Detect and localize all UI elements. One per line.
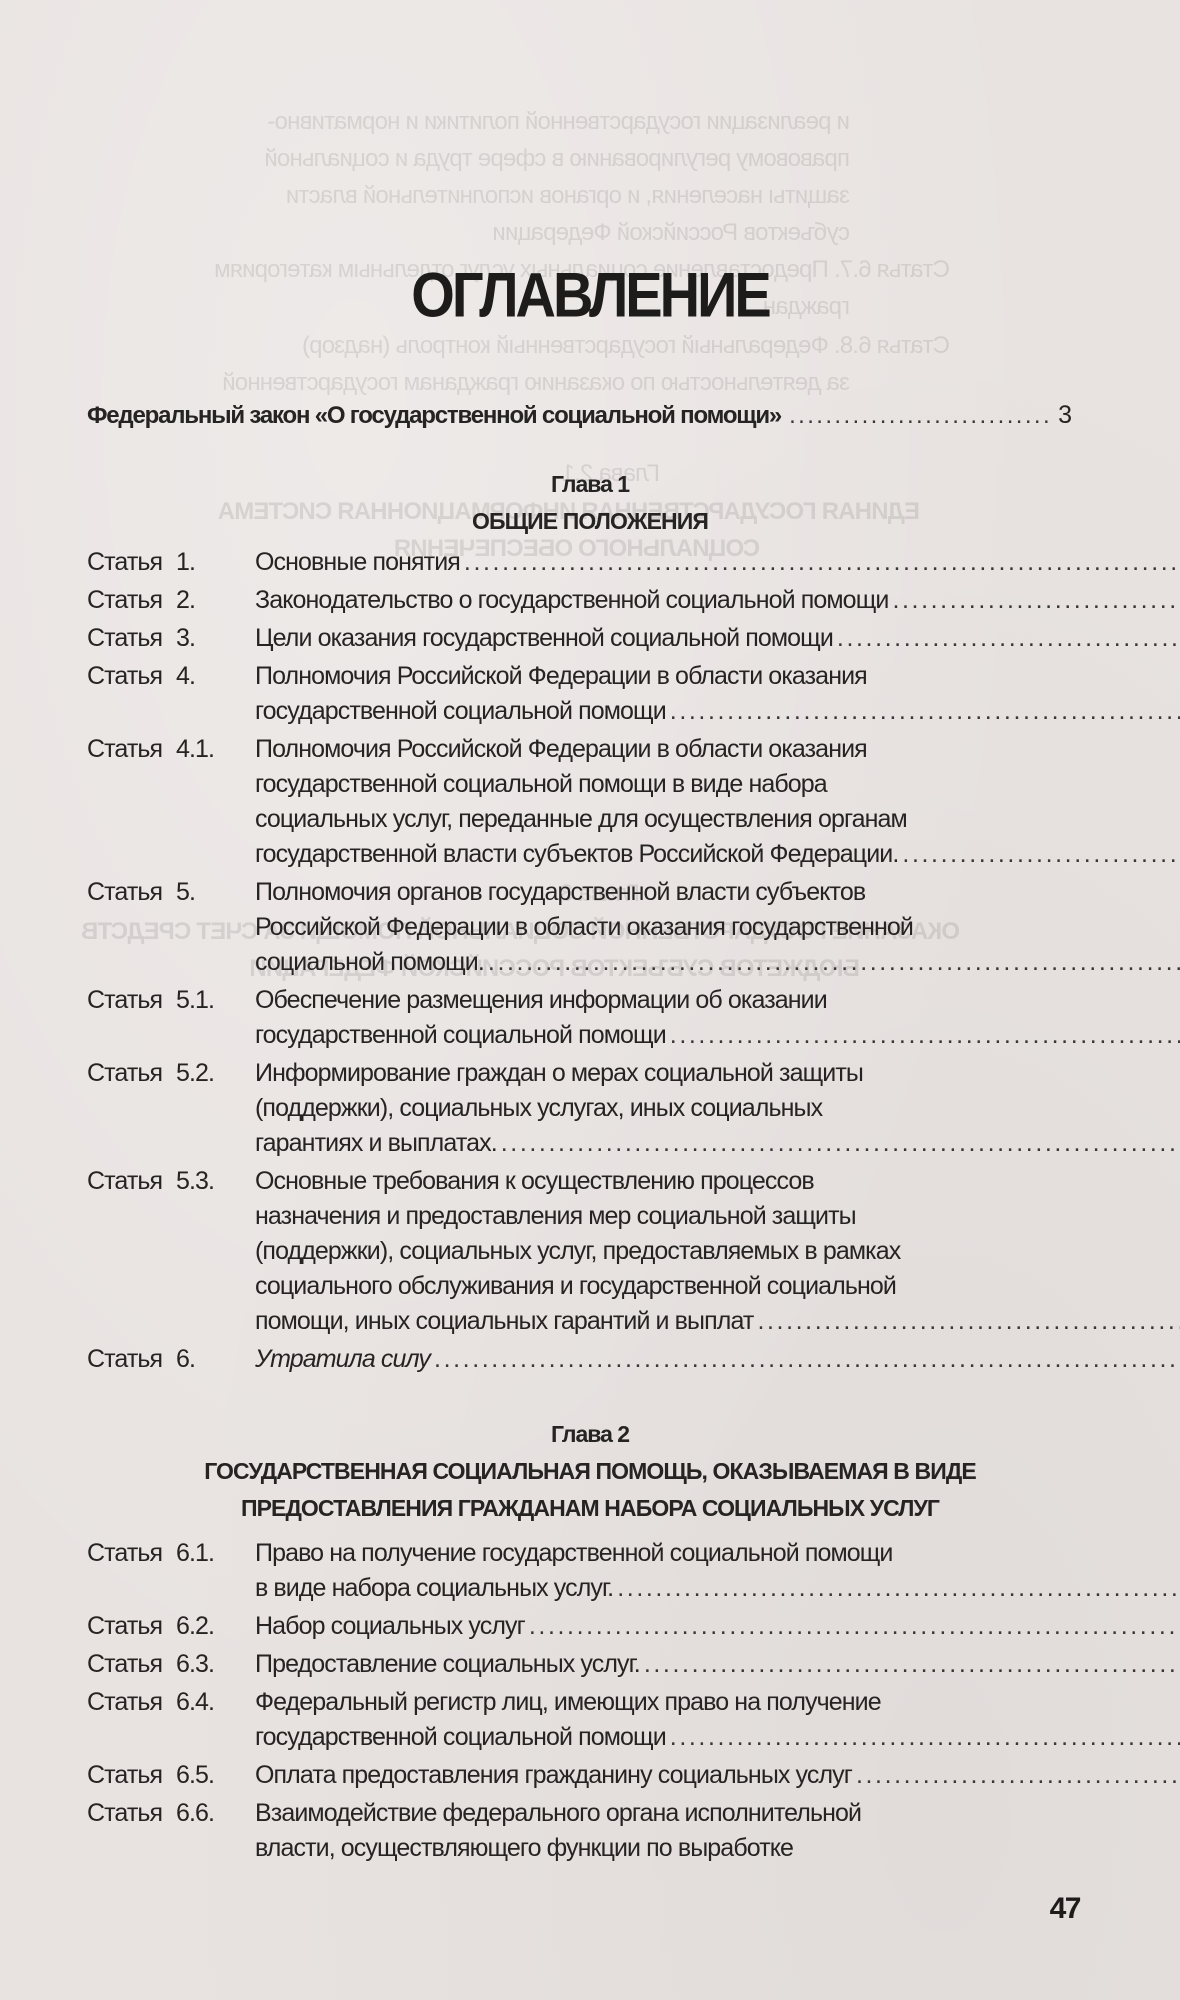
article-title-text: государственной социальной помощи bbox=[255, 1018, 666, 1053]
chapter-2-entries: Статья6.1.Право на получение государстве… bbox=[87, 1536, 1072, 1866]
article-label: Статья bbox=[87, 1342, 176, 1377]
article-title: Законодательство о государственной социа… bbox=[255, 583, 1180, 618]
toc-entry[interactable]: Статья6.3.Предоставление социальных услу… bbox=[87, 1647, 1072, 1682]
article-title-text: (поддержки), социальных услуг, предостав… bbox=[255, 1234, 900, 1269]
article-title-text: Набор социальных услуг bbox=[255, 1609, 525, 1644]
toc-entry[interactable]: Статья2.Законодательство о государственн… bbox=[87, 583, 1072, 618]
chapter-heading-line-1: ГОСУДАРСТВЕННАЯ СОЦИАЛЬНАЯ ПОМОЩЬ, ОКАЗЫ… bbox=[0, 1453, 1180, 1490]
article-title-text: Российской Федерации в области оказания … bbox=[255, 910, 913, 945]
article-title-text: государственной социальной помощи bbox=[255, 1720, 666, 1755]
dot-leader: ........................................… bbox=[670, 1720, 1180, 1755]
toc-entry[interactable]: Статья4.1.Полномочия Российской Федераци… bbox=[87, 732, 1072, 872]
article-title-line: государственной социальной помощи.......… bbox=[255, 1018, 1180, 1053]
toc-entry[interactable]: Статья5.Полномочия органов государственн… bbox=[87, 875, 1072, 980]
article-label: Статья bbox=[87, 545, 176, 580]
article-title-line: Федеральный регистр лиц, имеющих право н… bbox=[255, 1685, 1180, 1720]
article-title-line: Оплата предоставления гражданину социаль… bbox=[255, 1758, 1180, 1793]
article-title-line: Основные требования к осуществлению проц… bbox=[255, 1164, 1180, 1199]
article-title: Полномочия Российской Федерации в област… bbox=[255, 659, 1180, 729]
article-title-text: Полномочия органов государственной власт… bbox=[255, 875, 865, 910]
article-label: Статья bbox=[87, 1056, 176, 1161]
article-title: Федеральный регистр лиц, имеющих право н… bbox=[255, 1685, 1180, 1755]
article-title-text: Цели оказания государственной социальной… bbox=[255, 621, 833, 656]
article-title-line: Основные понятия........................… bbox=[255, 545, 1180, 580]
article-title-line: власти, осуществляющего функции по выраб… bbox=[255, 1831, 1072, 1866]
article-title-text: социальной помощи. bbox=[255, 945, 484, 980]
article-label: Статья bbox=[87, 1685, 176, 1755]
chapter-1-entries: Статья1.Основные понятия................… bbox=[87, 545, 1072, 1377]
toc-entry[interactable]: Статья6.5.Оплата предоставления граждани… bbox=[87, 1758, 1072, 1793]
article-title-line: (поддержки), социальных услуг, предостав… bbox=[255, 1234, 1180, 1269]
article-title-text: Утратила силу bbox=[255, 1342, 430, 1377]
dot-leader: ........................................… bbox=[644, 1647, 1180, 1682]
article-title-line: Обеспечение размещения информации об ока… bbox=[255, 983, 1180, 1018]
article-title-line: государственной власти субъектов Российс… bbox=[255, 837, 1180, 872]
article-title-text: в виде набора социальных услуг. bbox=[255, 1571, 613, 1606]
toc-entry[interactable]: Статья6.4.Федеральный регистр лиц, имеющ… bbox=[87, 1685, 1072, 1755]
article-label: Статья bbox=[87, 1796, 176, 1866]
article-label: Статья bbox=[87, 1536, 176, 1606]
article-title-text: гарантиях и выплатах. bbox=[255, 1126, 497, 1161]
article-number: 6.3. bbox=[176, 1647, 255, 1682]
dot-leader: ........................................… bbox=[670, 1018, 1180, 1053]
article-number: 6.4. bbox=[176, 1685, 255, 1755]
article-title: Взаимодействие федерального органа испол… bbox=[255, 1796, 1072, 1866]
dot-leader: ........................................… bbox=[464, 545, 1180, 580]
page-title: ОГЛАВЛЕНИЕ bbox=[0, 258, 1180, 331]
article-title-line: назначения и предоставления мер социальн… bbox=[255, 1199, 1180, 1234]
law-title: Федеральный закон «О государственной соц… bbox=[87, 398, 781, 433]
chapter-label: Глава 1 bbox=[0, 466, 1180, 503]
article-title-line: Полномочия Российской Федерации в област… bbox=[255, 659, 1180, 694]
article-title-line: Полномочия Российской Федерации в област… bbox=[255, 732, 1180, 767]
dot-leader: ........................................… bbox=[434, 1342, 1180, 1377]
dot-leader: ........................................… bbox=[856, 1758, 1180, 1793]
article-number: 4. bbox=[176, 659, 255, 729]
article-number: 6.2. bbox=[176, 1609, 255, 1644]
chapter-heading: ОБЩИЕ ПОЛОЖЕНИЯ bbox=[0, 503, 1180, 540]
article-title-text: Федеральный регистр лиц, имеющих право н… bbox=[255, 1685, 881, 1720]
article-label: Статья bbox=[87, 659, 176, 729]
article-title: Информирование граждан о мерах социально… bbox=[255, 1056, 1180, 1161]
article-number: 1. bbox=[176, 545, 255, 580]
article-label: Статья bbox=[87, 583, 176, 618]
page-folio: 47 bbox=[1040, 1892, 1080, 1926]
article-title-line: Законодательство о государственной социа… bbox=[255, 583, 1180, 618]
article-title-line: государственной социальной помощи в виде… bbox=[255, 767, 1180, 802]
article-title-text: Взаимодействие федерального органа испол… bbox=[255, 1796, 861, 1831]
article-label: Статья bbox=[87, 732, 176, 872]
article-number: 2. bbox=[176, 583, 255, 618]
article-title-text: социального обслуживания и государственн… bbox=[255, 1269, 896, 1304]
article-title-text: Основные требования к осуществлению проц… bbox=[255, 1164, 814, 1199]
article-title-line: Предоставление социальных услуг.........… bbox=[255, 1647, 1180, 1682]
article-number: 5.1. bbox=[176, 983, 255, 1053]
article-title-line: помощи, иных социальных гарантий и выпла… bbox=[255, 1304, 1180, 1339]
article-title-text: власти, осуществляющего функции по выраб… bbox=[255, 1831, 793, 1866]
article-title-text: Информирование граждан о мерах социально… bbox=[255, 1056, 863, 1091]
toc-entry[interactable]: Статья6.2.Набор социальных услуг........… bbox=[87, 1609, 1072, 1644]
dot-leader: ........................................… bbox=[670, 694, 1180, 729]
article-number: 6.5. bbox=[176, 1758, 255, 1793]
toc-entry[interactable]: Статья6.1.Право на получение государстве… bbox=[87, 1536, 1072, 1606]
article-label: Статья bbox=[87, 983, 176, 1053]
dot-leader: ........................................… bbox=[757, 1304, 1180, 1339]
article-title-line: Утратила силу...........................… bbox=[255, 1342, 1180, 1377]
article-number: 6. bbox=[176, 1342, 255, 1377]
chapter-label: Глава 2 bbox=[0, 1416, 1180, 1453]
article-label: Статья bbox=[87, 1164, 176, 1339]
article-label: Статья bbox=[87, 875, 176, 980]
article-title: Цели оказания государственной социальной… bbox=[255, 621, 1180, 656]
article-title-line: (поддержки), социальных услугах, иных со… bbox=[255, 1091, 1180, 1126]
article-title: Право на получение государственной социа… bbox=[255, 1536, 1180, 1606]
article-title-line: Информирование граждан о мерах социально… bbox=[255, 1056, 1180, 1091]
article-title: Обеспечение размещения информации об ока… bbox=[255, 983, 1180, 1053]
article-label: Статья bbox=[87, 1647, 176, 1682]
article-title-text: государственной социальной помощи в виде… bbox=[255, 767, 827, 802]
article-title-text: Право на получение государственной социа… bbox=[255, 1536, 893, 1571]
dot-leader: ........................................… bbox=[529, 1609, 1180, 1644]
article-title-line: государственной социальной помощи.......… bbox=[255, 694, 1180, 729]
article-number: 3. bbox=[176, 621, 255, 656]
toc-entry[interactable]: Статья5.2.Информирование граждан о мерах… bbox=[87, 1056, 1072, 1161]
article-title-text: Полномочия Российской Федерации в област… bbox=[255, 659, 867, 694]
article-title-text: Предоставление социальных услуг. bbox=[255, 1647, 640, 1682]
article-title-text: (поддержки), социальных услугах, иных со… bbox=[255, 1091, 822, 1126]
article-number: 6.6. bbox=[176, 1796, 255, 1866]
article-title: Полномочия Российской Федерации в област… bbox=[255, 732, 1180, 872]
article-number: 4.1. bbox=[176, 732, 255, 872]
article-title-text: Основные понятия bbox=[255, 545, 460, 580]
article-title-text: Законодательство о государственной социа… bbox=[255, 583, 888, 618]
toc-entry[interactable]: Статья4.Полномочия Российской Федерации … bbox=[87, 659, 1072, 729]
toc-entry[interactable]: Статья5.3.Основные требования к осуществ… bbox=[87, 1164, 1072, 1339]
article-title-line: социальной помощи.......................… bbox=[255, 945, 1180, 980]
article-label: Статья bbox=[87, 1609, 176, 1644]
article-number: 5. bbox=[176, 875, 255, 980]
article-title-text: Полномочия Российской Федерации в област… bbox=[255, 732, 867, 767]
article-title-line: Взаимодействие федерального органа испол… bbox=[255, 1796, 1072, 1831]
article-title-line: социального обслуживания и государственн… bbox=[255, 1269, 1180, 1304]
article-title-line: Полномочия органов государственной власт… bbox=[255, 875, 1180, 910]
chapter-heading-line-2: ПРЕДОСТАВЛЕНИЯ ГРАЖДАНАМ НАБОРА СОЦИАЛЬН… bbox=[0, 1490, 1180, 1527]
article-title: Предоставление социальных услуг.........… bbox=[255, 1647, 1180, 1682]
article-title: Оплата предоставления гражданину социаль… bbox=[255, 1758, 1180, 1793]
article-title-line: в виде набора социальных услуг..........… bbox=[255, 1571, 1180, 1606]
dot-leader: ........................................… bbox=[488, 945, 1180, 980]
toc-entry[interactable]: Статья3.Цели оказания государственной со… bbox=[87, 621, 1072, 656]
article-title-line: гарантиях и выплатах....................… bbox=[255, 1126, 1180, 1161]
dot-leader: ........................................… bbox=[617, 1571, 1180, 1606]
chapter-2-header: Глава 2 ГОСУДАРСТВЕННАЯ СОЦИАЛЬНАЯ ПОМОЩ… bbox=[0, 1416, 1180, 1527]
article-title-line: Российской Федерации в области оказания … bbox=[255, 910, 1180, 945]
article-title-text: Оплата предоставления гражданину социаль… bbox=[255, 1758, 852, 1793]
page-number: 3 bbox=[1058, 398, 1072, 433]
dot-leader: ........................................… bbox=[789, 398, 1050, 433]
dot-leader: ........................................… bbox=[501, 1126, 1180, 1161]
article-title-line: государственной социальной помощи.......… bbox=[255, 1720, 1180, 1755]
article-title-text: назначения и предоставления мер социальн… bbox=[255, 1199, 856, 1234]
article-title-text: государственной власти субъектов Российс… bbox=[255, 837, 898, 872]
article-title-text: помощи, иных социальных гарантий и выпла… bbox=[255, 1304, 753, 1339]
chapter-1-header: Глава 1 ОБЩИЕ ПОЛОЖЕНИЯ bbox=[0, 466, 1180, 540]
article-label: Статья bbox=[87, 621, 176, 656]
article-title-line: Право на получение государственной социа… bbox=[255, 1536, 1180, 1571]
dot-leader: ........................................… bbox=[892, 583, 1180, 618]
toc-entry[interactable]: Статья6.6.Взаимодействие федерального ор… bbox=[87, 1796, 1072, 1866]
dot-leader: ........................................… bbox=[837, 621, 1180, 656]
article-number: 5.3. bbox=[176, 1164, 255, 1339]
article-title-line: Набор социальных услуг..................… bbox=[255, 1609, 1180, 1644]
article-title: Основные требования к осуществлению проц… bbox=[255, 1164, 1180, 1339]
article-title-text: государственной социальной помощи bbox=[255, 694, 666, 729]
article-title-text: социальных услуг, переданные для осущест… bbox=[255, 802, 907, 837]
dot-leader: ........................................… bbox=[902, 837, 1180, 872]
article-title-text: Обеспечение размещения информации об ока… bbox=[255, 983, 827, 1018]
article-title: Набор социальных услуг..................… bbox=[255, 1609, 1180, 1644]
article-title-line: социальных услуг, переданные для осущест… bbox=[255, 802, 1180, 837]
toc-entry[interactable]: Статья5.1.Обеспечение размещения информа… bbox=[87, 983, 1072, 1053]
article-number: 5.2. bbox=[176, 1056, 255, 1161]
toc-entry[interactable]: Статья6.Утратила силу...................… bbox=[87, 1342, 1072, 1377]
article-title: Утратила силу...........................… bbox=[255, 1342, 1180, 1377]
article-title-line: Цели оказания государственной социальной… bbox=[255, 621, 1180, 656]
article-title: Основные понятия........................… bbox=[255, 545, 1180, 580]
toc-entry[interactable]: Статья1.Основные понятия................… bbox=[87, 545, 1072, 580]
article-label: Статья bbox=[87, 1758, 176, 1793]
article-title: Полномочия органов государственной власт… bbox=[255, 875, 1180, 980]
article-number: 6.1. bbox=[176, 1536, 255, 1606]
law-entry[interactable]: Федеральный закон «О государственной соц… bbox=[87, 398, 1072, 433]
